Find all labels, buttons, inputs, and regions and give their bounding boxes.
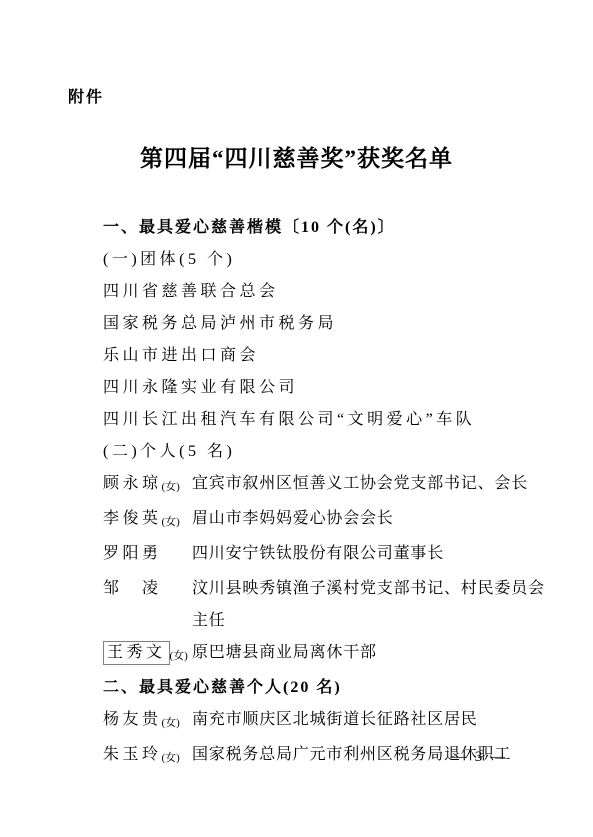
person-name: 王秀文(女) (103, 637, 192, 672)
person-name: 朱玉玲(女) (103, 739, 192, 774)
gender-marker: (女) (170, 650, 188, 662)
person-name-text: 杨友贵 (103, 711, 162, 728)
person-description: 宜宾市叙州区恒善义工协会党支部书记、会长 (192, 468, 550, 500)
gender-marker: (女) (162, 516, 180, 528)
person-row: 罗阳勇 四川安宁铁钛股份有限公司董事长 (103, 538, 568, 573)
subsection-heading-individuals: (二)个人(5 名) (103, 436, 568, 468)
document-body: 一、最具爱心慈善楷模〔10 个(名)〕 (一)团体(5 个) 四川省慈善联合总会… (103, 212, 568, 774)
person-row: 顾永琼(女) 宜宾市叙州区恒善义工协会党支部书记、会长 (103, 468, 568, 503)
person-name-text: 李俊英 (103, 510, 162, 527)
section-heading-award1: 一、最具爱心慈善楷模〔10 个(名)〕 (103, 212, 568, 244)
gender-marker: (女) (162, 481, 180, 493)
person-description: 汶川县映秀镇渔子溪村党支部书记、村民委员会主任 (192, 573, 550, 637)
person-row: 王秀文(女) 原巴塘县商业局离休干部 (103, 637, 568, 672)
person-row: 杨友贵(女) 南充市顺庆区北城街道长征路社区居民 (103, 704, 568, 739)
attachment-label: 附件 (68, 84, 104, 107)
subsection-heading-groups: (一)团体(5 个) (103, 244, 568, 276)
gender-marker: (女) (162, 717, 180, 729)
person-row: 邹 凌 汶川县映秀镇渔子溪村党支部书记、村民委员会主任 (103, 573, 568, 637)
person-description: 南充市顺庆区北城街道长征路社区居民 (192, 704, 550, 736)
person-row: 李俊英(女) 眉山市李妈妈爱心协会会长 (103, 503, 568, 538)
org-line: 乐山市进出口商会 (103, 340, 568, 372)
org-line: 四川永隆实业有限公司 (103, 372, 568, 404)
page-title: 第四届“四川慈善奖”获奖名单 (0, 141, 593, 177)
org-line: 四川长江出租汽车有限公司“文明爱心”车队 (103, 404, 568, 436)
person-name: 邹 凌 (103, 573, 192, 608)
person-name-text: 朱玉玲 (103, 746, 162, 763)
person-name: 顾永琼(女) (103, 468, 192, 503)
person-name-text: 罗阳勇 (103, 545, 162, 562)
person-name-text: 邹 凌 (103, 580, 162, 597)
person-name: 杨友贵(女) (103, 704, 192, 739)
person-description: 四川安宁铁钛股份有限公司董事长 (192, 538, 550, 570)
boxed-person-name: 王秀文 (103, 641, 170, 665)
person-name: 罗阳勇 (103, 538, 192, 573)
document-page: 附件 第四届“四川慈善奖”获奖名单 一、最具爱心慈善楷模〔10 个(名)〕 (一… (0, 0, 593, 837)
person-name-text: 顾永琼 (103, 475, 162, 492)
person-description: 原巴塘县商业局离休干部 (192, 637, 550, 669)
org-line: 四川省慈善联合总会 (103, 276, 568, 308)
person-name: 李俊英(女) (103, 503, 192, 538)
gender-marker: (女) (162, 752, 180, 764)
person-description: 眉山市李妈妈爱心协会会长 (192, 503, 550, 535)
page-number: — 3 — (452, 749, 507, 766)
org-line: 国家税务总局泸州市税务局 (103, 308, 568, 340)
section-heading-award2: 二、最具爱心慈善个人(20 名) (103, 672, 568, 704)
